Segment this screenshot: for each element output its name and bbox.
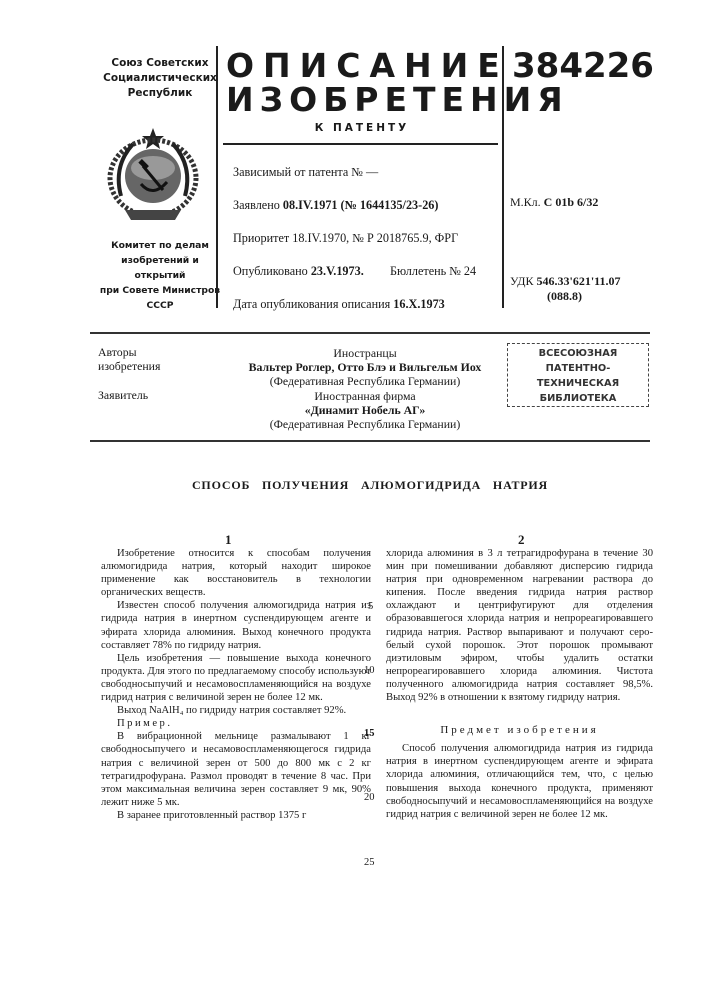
line-number: 5 [368, 601, 373, 612]
mkl-label: М.Кл. [510, 195, 541, 209]
bulletin-number: Бюллетень № 24 [390, 264, 476, 279]
filed-label: Заявлено [233, 198, 280, 212]
description-date: Дата опубликования описания 16.X.1973 [233, 297, 445, 312]
filed-value: 08.IV.1971 (№ 1644135/23-26) [283, 198, 439, 212]
committee-name: Комитет по делам изобретений и открытий … [95, 238, 225, 313]
authors-country: (Федеративная Республика Германии) [240, 374, 490, 388]
paragraph: Известен способ получения алюмогидрида н… [101, 599, 371, 651]
mkl-value: C 01b 6/32 [544, 195, 599, 209]
column-number: 1 [225, 532, 232, 548]
paragraph: Выход NaAlH₄ по гидриду натрия составляе… [101, 704, 371, 717]
ussr-coat-of-arms-icon [103, 126, 203, 224]
published-label: Опубликовано [233, 264, 308, 278]
document-type-title: ИЗОБРЕТЕНИЯ [226, 82, 569, 118]
filed-date: Заявлено 08.IV.1971 (№ 1644135/23-26) [233, 198, 438, 213]
title-underline [223, 143, 498, 145]
authors-kind: Иностранцы [240, 346, 490, 360]
column-1-text: Изобретение относится к способам получен… [101, 547, 371, 822]
paragraph: В заранее приготовленный раствор 1375 г [101, 809, 371, 822]
applicant-kind: Иностранная фирма [240, 389, 490, 403]
union-line: Республик [95, 86, 225, 101]
paragraph: Цель изобретения — повышение выхода коне… [101, 652, 371, 704]
dependent-patent: Зависимый от патента № — [233, 165, 378, 180]
line-number: 15 [364, 728, 375, 739]
description-date-label: Дата опубликования описания [233, 297, 390, 311]
published-value: 23.V.1973. [311, 264, 364, 278]
paragraph: В вибрационной мельнице размалывают 1 кг… [101, 730, 371, 809]
document-type-title: ОПИСАНИЕ [226, 48, 509, 84]
committee-line: при Совете Министров [95, 283, 225, 298]
column-number: 2 [518, 532, 525, 548]
applicant-label: Заявитель [98, 388, 148, 402]
committee-line: СССР [95, 298, 225, 313]
authors-label: Авторы изобретения [98, 345, 178, 373]
issuing-state: Союз Советских Социалистических Республи… [95, 56, 225, 101]
column-2-text: хлорида алюминия в 3 л тетрагидрофурана … [386, 547, 653, 821]
paragraph: Изобретение относится к способам получен… [101, 547, 371, 599]
stamp-line: ПАТЕНТНО-ТЕХНИЧЕСКАЯ [508, 361, 648, 391]
udk-value: 546.33'621'11.07 [536, 274, 620, 288]
line-number: 10 [364, 665, 375, 676]
udk-classification: УДК 546.33'621'11.07 [510, 274, 621, 289]
stamp-line: ВСЕСОЮЗНАЯ [508, 346, 648, 361]
committee-line: Комитет по делам [95, 238, 225, 253]
section-divider [90, 440, 650, 442]
description-date-value: 16.X.1973 [393, 297, 444, 311]
union-line: Социалистических [95, 71, 225, 86]
document-subtitle: К ПАТЕНТУ [226, 122, 498, 134]
priority: Приоритет 18.IV.1970, № Р 2018765.9, ФРГ [233, 231, 458, 246]
committee-line: изобретений и открытий [95, 253, 225, 283]
claims-heading: Предмет изобретения [386, 724, 653, 737]
authors-names: Вальтер Роглер, Отто Блэ и Вильгельм Иох [240, 360, 490, 374]
library-stamp: ВСЕСОЮЗНАЯ ПАТЕНТНО-ТЕХНИЧЕСКАЯ БИБЛИОТЕ… [507, 343, 649, 407]
claims-text: Способ получения алюмогидрида натрия из … [386, 742, 653, 821]
header-divider [216, 46, 218, 308]
udk-label: УДК [510, 274, 533, 288]
udk-value-suffix: (088.8) [547, 289, 582, 304]
stamp-line: БИБЛИОТЕКА [508, 391, 648, 406]
invention-title: СПОСОБ ПОЛУЧЕНИЯ АЛЮМОГИДРИДА НАТРИЯ [90, 478, 650, 493]
paragraph: хлорида алюминия в 3 л тетрагидрофурана … [386, 547, 653, 704]
applicant-name: «Динамит Нобель АГ» [240, 403, 490, 417]
published-date: Опубликовано 23.V.1973. [233, 264, 364, 279]
example-heading: Пример. [101, 717, 371, 730]
line-number: 20 [364, 792, 375, 803]
line-number: 25 [364, 857, 375, 868]
mkl-classification: М.Кл. C 01b 6/32 [510, 195, 598, 210]
applicant-country: (Федеративная Республика Германии) [240, 417, 490, 431]
union-line: Союз Советских [95, 56, 225, 71]
patent-number: 384226 [512, 48, 654, 84]
section-divider [90, 332, 650, 334]
